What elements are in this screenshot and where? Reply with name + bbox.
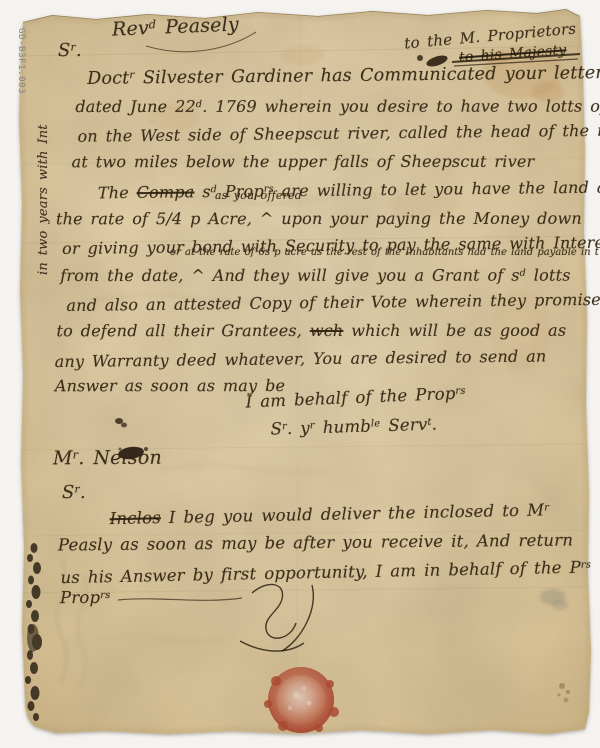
manuscript-line: Sr.	[62, 482, 86, 503]
manuscript-line: and also an attested Copy of their Vote …	[50, 286, 598, 320]
letter-body: Doctr Silvester Gardiner has Communicate…	[49, 59, 599, 402]
manuscript-line: The Compa sd Proprs are willing to let y…	[50, 172, 598, 208]
manuscript-line: from the date, ^ And they will give you …	[50, 260, 598, 290]
addressee: Mr. Nelson	[53, 447, 162, 469]
manuscript-line: at two miles below the upper falls of Sh…	[50, 148, 598, 176]
manuscript-line: Mr. Nelson	[53, 447, 162, 470]
signoff: Proprs	[60, 588, 111, 607]
manuscript-line: Proprs	[60, 588, 111, 607]
closing-block: I am behalf of the ProprsSr. yr humble S…	[245, 378, 467, 444]
scanned-letter-page: GD-B3F1.003 in two years with Int Revd P…	[0, 0, 600, 748]
salutation: Sr.	[58, 40, 82, 61]
archival-number: GD-B3F1.003	[16, 28, 26, 138]
docket-inscription: Revd Peasely	[112, 14, 240, 40]
manuscript-line: the rate of 5/4 p Acre, ^ upon your payi…	[50, 205, 598, 233]
interlinear-note-offer: as you offered	[215, 189, 302, 202]
manuscript-line: any Warranty deed whatever, You are desi…	[51, 341, 599, 375]
manuscript-line: dated June 22d. 1769 wherein you desire …	[49, 91, 597, 121]
postscript-body: Inclos I beg you would deliver the inclo…	[47, 495, 593, 590]
manuscript-line: to defend all their Grantees, wch which …	[51, 317, 599, 345]
manuscript-line: Doctr Silvester Gardiner has Communicate…	[49, 57, 597, 94]
manuscript-line: Sr.	[58, 40, 82, 61]
interlinear-note-rate: or at the rate of 6s p acre as the rest …	[170, 247, 599, 258]
manuscript-line: on the West side of Sheepscut river, cal…	[49, 117, 597, 151]
note-salutation: Sr.	[62, 482, 86, 503]
